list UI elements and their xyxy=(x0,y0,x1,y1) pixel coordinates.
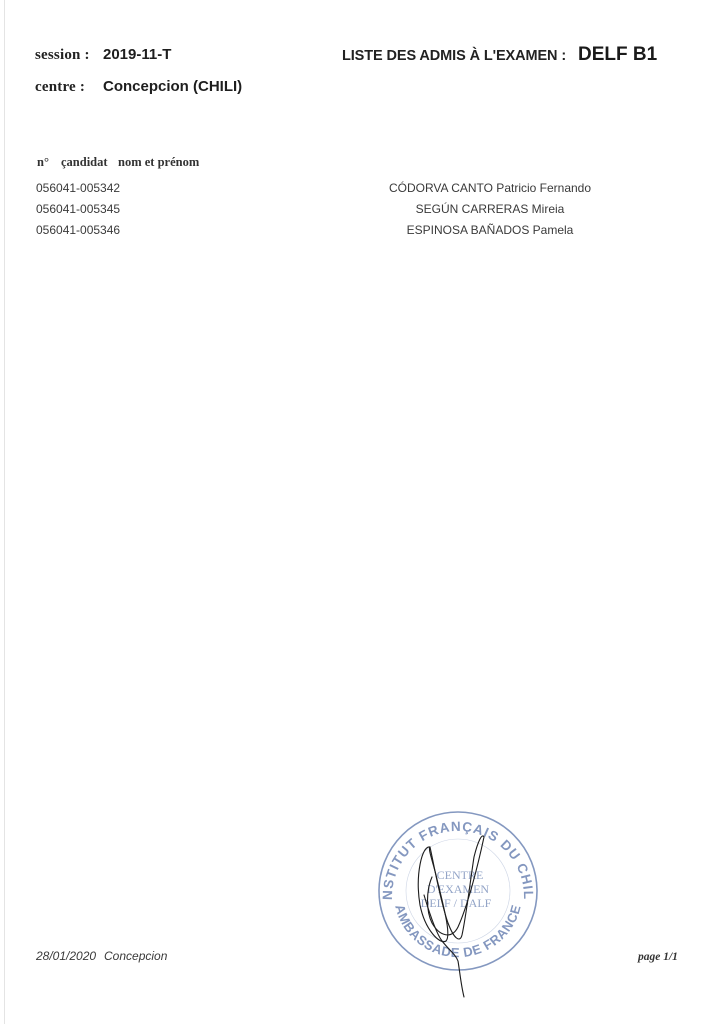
list-title: LISTE DES ADMIS À L'EXAMEN : xyxy=(342,48,566,64)
signature-icon xyxy=(418,836,484,997)
centre-label: centre : xyxy=(35,79,85,96)
candidate-name: SEGÚN CARRERAS Mireia xyxy=(370,202,610,216)
footer-place: Concepcion xyxy=(104,949,167,963)
candidate-name: ESPINOSA BAÑADOS Pamela xyxy=(370,223,610,237)
stamp-bottom-text: AMBASSADE DE FRANCE xyxy=(392,903,523,961)
footer-date: 28/01/2020 xyxy=(36,949,96,963)
centre-value: Concepcion (CHILI) xyxy=(103,78,242,95)
candidate-id: 056041-005345 xyxy=(36,202,120,216)
column-header-name: nom et prénom xyxy=(118,155,199,170)
stamp-seal-icon: INSTITUT FRANÇAIS DU CHILI AMBASSADE DE … xyxy=(370,805,550,1005)
page-number: page 1/1 xyxy=(638,951,678,963)
stamp-inner-line: D'EXAMEN xyxy=(427,882,489,896)
candidate-name: CÓDORVA CANTO Patricio Fernando xyxy=(370,181,610,195)
exam-name: DELF B1 xyxy=(578,44,657,66)
official-stamp: INSTITUT FRANÇAIS DU CHILI AMBASSADE DE … xyxy=(370,805,550,1005)
svg-text:AMBASSADE DE FRANCE: AMBASSADE DE FRANCE xyxy=(392,903,523,961)
candidate-id: 056041-005342 xyxy=(36,181,120,195)
session-label: session : xyxy=(35,47,90,64)
stamp-inner-line: DELF / DALF xyxy=(421,896,492,910)
column-header-number: n° xyxy=(37,155,49,170)
candidate-id: 056041-005346 xyxy=(36,223,120,237)
page-edge xyxy=(4,0,5,1024)
session-value: 2019-11-T xyxy=(103,46,171,63)
column-header-candidate: çandidat xyxy=(61,155,108,170)
